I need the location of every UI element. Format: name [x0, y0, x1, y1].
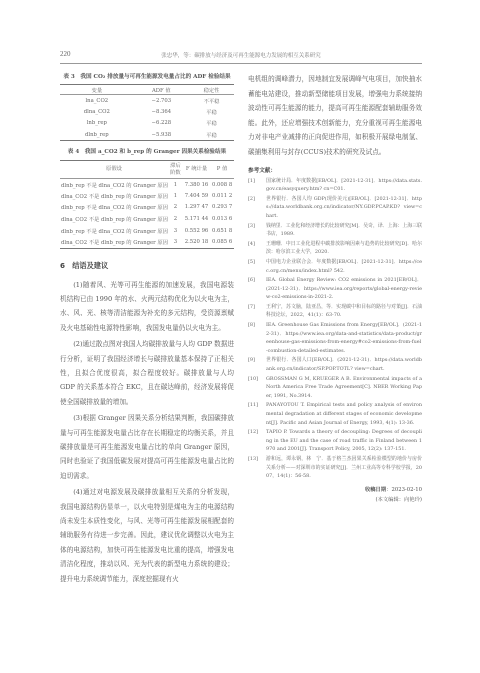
table4-caption: 表 4 我国 a_CO2 和 b_rep 的 Granger 因果关系检验结果 — [60, 147, 234, 157]
left-column: 表 3 我国 CO₂ 排放量与可再生能源发电量占比的 ADF 检验结果 变量 A… — [60, 72, 234, 586]
table4-header: 原假设 — [60, 161, 168, 179]
reference-item: [5]中国电力企业联合会．年度数据[EB/OL]．[2021-12-31]．ht… — [248, 258, 422, 275]
table3-caption: 表 3 我国 CO₂ 排放量与可再生能源发电量占比的 ADF 检验结果 — [60, 72, 234, 82]
received-date: 收稿日期：2023-02-10 — [248, 485, 422, 495]
paragraph: (2)通过散点图对我国人均碳排放量与人均 GDP 数据进行分析，证明了我国经济增… — [60, 337, 234, 409]
table3-adf: 变量 ADF 值 稳定性 lna_CO2 −2.703 不平稳 dlna_CO2… — [60, 84, 234, 141]
reference-item: [7]王利宁，苏文脑，陆亚昌，等．实现碳中和目标的路径与对策[J]．石油科技论坛… — [248, 303, 422, 320]
table-row: dlna_CO2 不是 dlnb_rep 的 Granger 原因 1 7.40… — [60, 190, 234, 202]
right-column: 电机组的调峰潜力，因地制宜发展调峰气电项目，加快抽水蓄能电站建设，推动新型储能项… — [248, 72, 422, 505]
section-title: 6 结语及建议 — [60, 260, 234, 272]
reference-item: [4]王珊珊．中日工业化进程中碳排放影响因素与趋势的比较研究[D]．哈尔滨：哈尔… — [248, 240, 422, 257]
table3-header: ADF 值 — [134, 85, 189, 95]
reference-item: [11]PANAYOTOU T. Empirical tests and pol… — [248, 401, 422, 427]
table-row: dlna_CO2 不是 dlnb_rep 的 Granger 原因 2 5.17… — [60, 213, 234, 225]
editor-note: (本文编辑：向艳玲) — [248, 495, 422, 505]
reference-item: [6]IEA. Global Energy Review: CO2 emissi… — [248, 276, 422, 302]
paragraph: (4)通过对电源发展及碳排放量相互关系的分析发现，我国电源结构仍显单一，以火电特… — [60, 485, 234, 586]
paragraph: (1)随着风、光等可再生能源的加速发展，我国电源装机结构已由 1990 年的水、… — [60, 278, 234, 336]
running-title: 张忠华，等：碳排放与经济及可再生能源电力发展的相互关系研究 — [60, 51, 422, 59]
reference-list: [1]国家统计局．年度数据[EB/OL]．[2021-12-31]．https:… — [248, 177, 422, 481]
table3-header: 变量 — [60, 85, 134, 95]
page-header: 220 张忠华，等：碳排放与经济及可再生能源电力发展的相互关系研究 — [60, 48, 422, 64]
received-label: 收稿日期 — [365, 487, 386, 493]
reference-item: [1]国家统计局．年度数据[EB/OL]．[2021-12-31]．https:… — [248, 177, 422, 194]
table4-header: 滞后阶数 — [168, 161, 183, 179]
table-row: dlna_CO2 不是 dlnb_rep 的 Granger 原因 3 2.52… — [60, 236, 234, 248]
reference-item: [13]游和远，谭永钢，林 宁．基于格兰杰因果关系检验模型的地价与房价关系分析—… — [248, 455, 422, 481]
references-title: 参考文献： — [248, 166, 422, 176]
paragraph-continuation: 电机组的调峰潜力，因地制宜发展调峰气电项目，加快抽水蓄能电站建设，推动新型储能项… — [248, 72, 422, 160]
table-row: lnb_rep −6.228 平稳 — [60, 118, 234, 130]
reference-item: [3]钱纳里．工业化和经济增长的比较研究[M]．吴奇，译．上海：上海三联书店，1… — [248, 222, 422, 239]
table-row: dlnb_rep 不是 dlna_CO2 的 Granger 原因 2 1.29… — [60, 202, 234, 214]
reference-item: [8]IEA. Greenhouse Gas Emissions from En… — [248, 321, 422, 355]
reference-item: [10]GROSSMAN G M, KRUEGER A B. Environme… — [248, 375, 422, 401]
reference-item: [9]世界银行．各国人口[EB/OL]．(2021-12-31)．https:/… — [248, 356, 422, 373]
table-row: dlnb_rep −5.938 平稳 — [60, 129, 234, 141]
table-row: dlnb_rep 不是 dlna_CO2 的 Granger 原因 1 7.38… — [60, 179, 234, 191]
table4-header: F 统计量 — [183, 161, 210, 179]
paragraph: (3)根据 Granger 因果关系分析结果判断，我国碳排放量与可再生能源发电量… — [60, 411, 234, 483]
table3-header: 稳定性 — [189, 85, 234, 95]
table4-header: P 值 — [210, 161, 234, 179]
table4-granger: 原假设 滞后阶数 F 统计量 P 值 dlnb_rep 不是 dlna_CO2 … — [60, 160, 234, 249]
table-row: lna_CO2 −2.703 不平稳 — [60, 95, 234, 107]
reference-item: [12]TAPIO P. Towards a theory of decoupl… — [248, 428, 422, 454]
table-row: dlnb_rep 不是 dlna_CO2 的 Granger 原因 3 0.55… — [60, 225, 234, 237]
reference-item: [2]世界银行．各国人均 GDP(现价美元)[EB/OL]．[2021-12-3… — [248, 195, 422, 221]
table-row: dlna_CO2 −8.364 平稳 — [60, 106, 234, 118]
